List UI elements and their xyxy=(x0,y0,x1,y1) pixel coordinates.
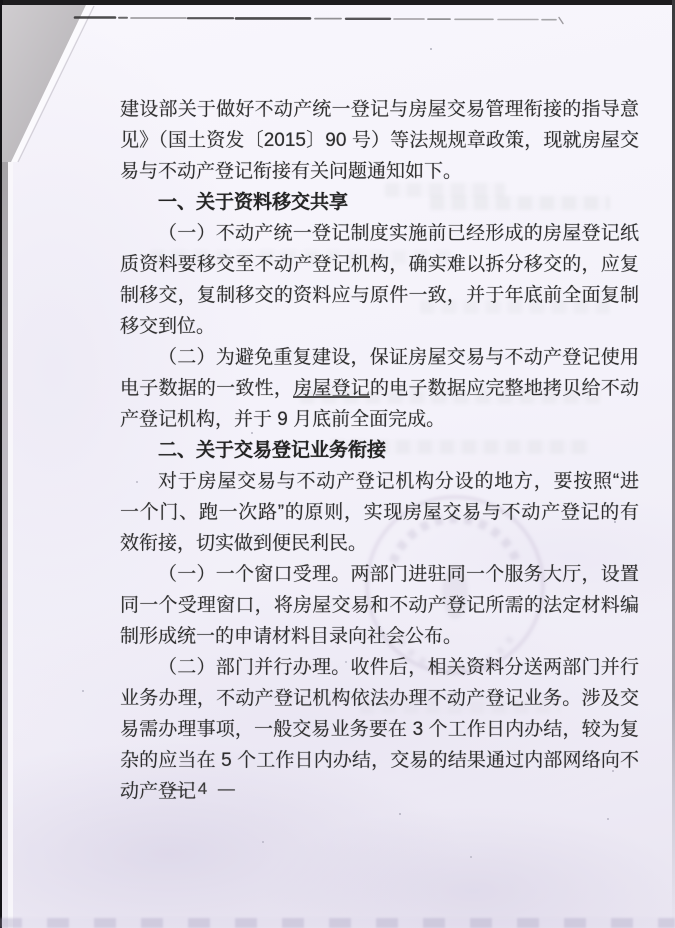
text-segment: （一）一个窗口受理。两部门进驻同一个服务大厅，设置同一个受理窗口，将房屋交易和不… xyxy=(120,564,639,647)
paragraph-4: （二）为避免重复建设，保证房屋交易与不动产登记使用电子数据的一致性，房屋登记的电… xyxy=(120,342,639,435)
text-segment: （一）不动产统一登记制度实施前已经形成的房屋登记纸质资料要移交至不动产登记机构，… xyxy=(120,223,639,337)
pen-underlined-text: 房屋登记 xyxy=(293,378,370,399)
paper-specks xyxy=(0,0,2,2)
text-segment: 建设部关于做好不动产统一登记与房屋交易管理衔接的指导意见》（国土资发〔2015〕… xyxy=(120,99,639,182)
page-number: — 4 — xyxy=(170,779,238,799)
lifted-corner-wedge xyxy=(2,5,86,162)
text-segment: 一、关于资料移交共享 xyxy=(158,192,348,213)
section-heading-2: 一、关于资料移交共享 xyxy=(120,187,639,218)
bottom-edge-shading xyxy=(0,918,675,928)
paragraph-3: （一）不动产统一登记制度实施前已经形成的房屋登记纸质资料要移交至不动产登记机构，… xyxy=(120,218,639,342)
top-crease-line xyxy=(75,18,563,24)
text-segment: 二、关于交易登记业务衔接 xyxy=(158,440,386,461)
paragraph-7: （一）一个窗口受理。两部门进驻同一个服务大厅，设置同一个受理窗口，将房屋交易和不… xyxy=(120,559,639,652)
scanned-document-page: 建设部关于做好不动产统一登记与房屋交易管理衔接的指导意见》（国土资发〔2015〕… xyxy=(0,0,675,928)
scanner-top-band xyxy=(0,0,675,5)
section-heading-5: 二、关于交易登记业务衔接 xyxy=(120,435,639,466)
paragraph-1: 建设部关于做好不动产统一登记与房屋交易管理衔接的指导意见》（国土资发〔2015〕… xyxy=(120,94,639,187)
document-body: 建设部关于做好不动产统一登记与房屋交易管理衔接的指导意见》（国土资发〔2015〕… xyxy=(120,94,639,807)
paragraph-6: 对于房屋交易与不动产登记机构分设的地方，要按照“进一个门、跑一次路”的原则，实现… xyxy=(120,466,639,559)
text-segment: 对于房屋交易与不动产登记机构分设的地方，要按照“进一个门、跑一次路”的原则，实现… xyxy=(120,471,639,554)
